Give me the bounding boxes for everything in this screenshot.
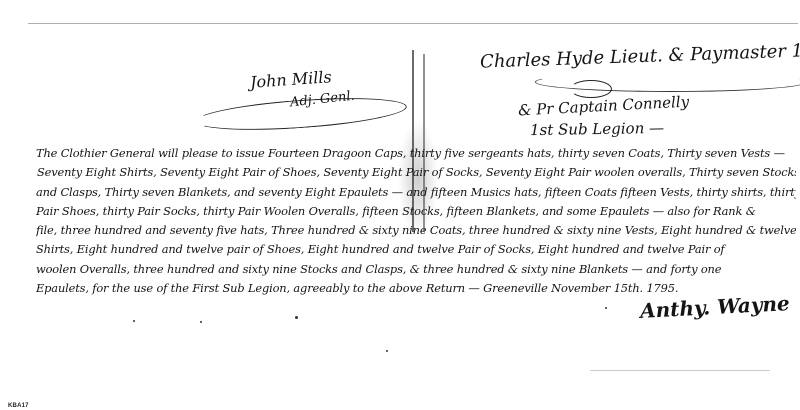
scan-speck [295,316,298,319]
scan-speck [605,307,607,309]
body-line-2: Seventy Eight Shirts, Seventy Eight Pair… [36,163,796,182]
addressee-signature: Charles Hyde Lieut. & Paymaster 1st S.L. [480,38,800,72]
body-line-5: file, three hundred and seventy five hat… [36,221,796,240]
scan-speck [200,321,202,323]
scan-speck [386,350,388,352]
top-edge-rule [28,23,798,24]
archive-label: KBA17 [8,403,29,409]
body-line-3: and Clasps, Thirty seven Blankets, and s… [36,183,796,202]
body-line-6: Shirts, Eight hundred and twelve pair of… [36,240,796,259]
order-body: The Clothier General will please to issu… [36,144,796,298]
signature-flourish-loop [570,80,612,98]
bottom-edge-rule [590,370,770,371]
commander-line: & Pr Captain Connelly [518,93,690,120]
scanned-document-page: John Mills Adj. Genl. Charles Hyde Lieut… [0,0,800,410]
body-line-4: Pair Shoes, thirty Pair Socks, thirty Pa… [36,202,796,221]
body-line-8: Epaulets, for the use of the First Sub L… [36,279,796,298]
witness-signature: John Mills [249,67,332,92]
scan-speck [133,320,135,322]
body-line-7: woolen Overalls, three hundred and sixty… [36,260,796,279]
body-line-1: The Clothier General will please to issu… [36,144,796,163]
legion-line: 1st Sub Legion — [530,119,664,139]
